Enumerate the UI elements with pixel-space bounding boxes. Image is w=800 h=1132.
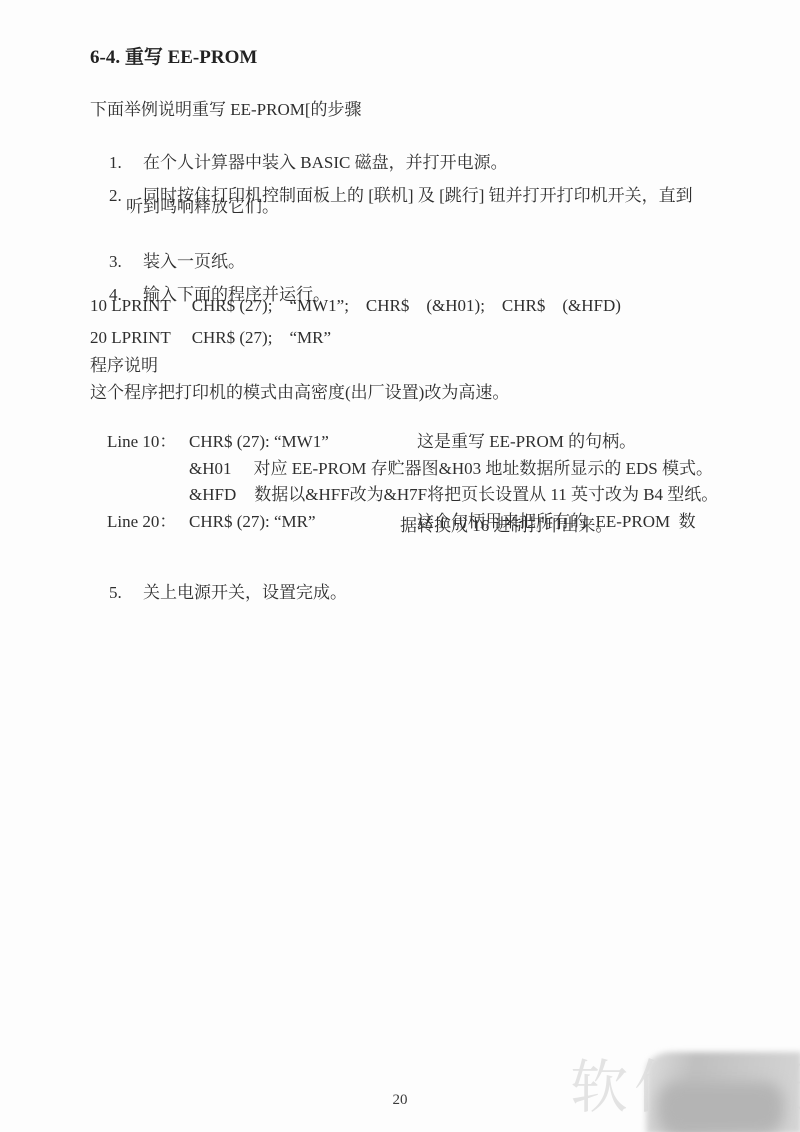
step-number: 5. bbox=[109, 582, 143, 604]
step-text: 关上电源开关，设置完成。 bbox=[143, 583, 347, 602]
step-text-continuation: 听到鸣响释放它们。 bbox=[126, 196, 279, 218]
scanned-manual-page: 6-4. 重写 EE-PROM 下面举例说明重写 EE-PROM[的步骤 1.在… bbox=[0, 0, 800, 1132]
explanation-label: Line 20： bbox=[107, 511, 189, 533]
step-item-5: 5.关上电源开关，设置完成。 bbox=[92, 560, 347, 626]
program-notes-heading: 程序说明 bbox=[90, 355, 158, 377]
page-number: 20 bbox=[0, 1092, 800, 1109]
program-notes-summary: 这个程序把打印机的模式由高密度(出厂设置)改为高速。 bbox=[90, 382, 509, 404]
intro-text: 下面举例说明重写 EE-PROM[的步骤 bbox=[90, 99, 362, 121]
section-title: 6-4. 重写 EE-PROM bbox=[90, 47, 257, 69]
explanation-code: CHR$ (27): “MR” bbox=[189, 511, 417, 533]
program-line-10: 10 LPRINT CHR$ (27); “MW1”; CHR$ (&H01);… bbox=[90, 295, 621, 317]
program-line-20: 20 LPRINT CHR$ (27); “MR” bbox=[90, 327, 331, 349]
explanation-note-continuation: 据转换成 16 进制打印出来。 bbox=[400, 515, 613, 537]
